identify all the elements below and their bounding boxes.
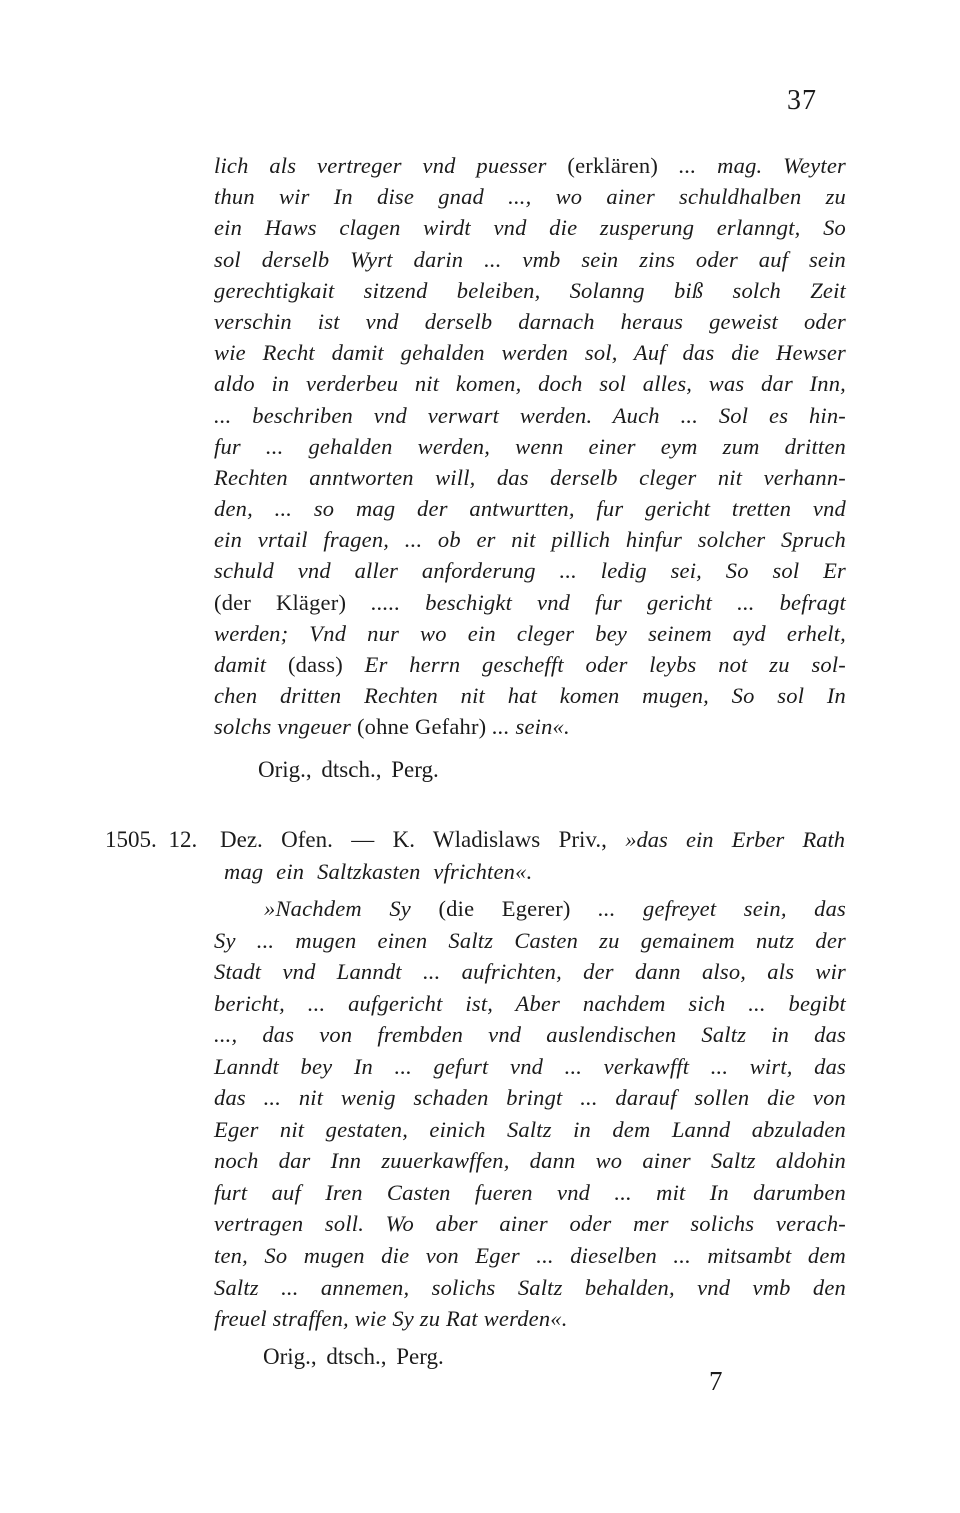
entry-heading-quote: »das ein Erber Rath [625, 827, 845, 852]
text-line: verschin ist vnd derselb darnach heraus … [214, 306, 846, 337]
text-line: ten, So mugen die von Eger ... dieselben… [214, 1240, 846, 1272]
signature-mark: 7 [709, 1366, 723, 1397]
text-line: den, ... so mag der antwurtten, fur geri… [214, 493, 846, 524]
text-line: Stadt vnd Lanndt ... aufrichten, der dan… [214, 956, 846, 988]
text-line: schuld vnd aller anforderung ... ledig s… [214, 555, 846, 586]
text-line: solchs vngeuer (ohne Gefahr) ... sein«. [214, 711, 846, 742]
text-line: ..., das von frembden vnd auslendischen … [214, 1019, 846, 1051]
text-line: gerechtigkait sitzend beleiben, Solanng … [214, 275, 846, 306]
text-line: ... beschriben vnd verwart werden. Auch … [214, 400, 846, 431]
entry-date: 1505. 12. [105, 827, 197, 853]
text-line: thun wir In dise gnad ..., wo ainer schu… [214, 181, 846, 212]
text-line: vertragen soll. Wo aber ainer oder mer s… [214, 1208, 846, 1240]
text-line: furt auf Iren Casten fueren vnd ... mit … [214, 1177, 846, 1209]
text-line: freuel straffen, wie Sy zu Rat werden«. [214, 1303, 846, 1335]
text-line: damit (dass) Er herrn geschefft oder ley… [214, 649, 846, 680]
text-line: Saltz ... annemen, solichs Saltz behalde… [214, 1272, 846, 1304]
text-line: sol derselb Wyrt darin ... vmb sein zins… [214, 244, 846, 275]
text-line: Rechten anntworten will, das derselb cle… [214, 462, 846, 493]
text-line: Lanndt bey In ... gefurt vnd ... verkawf… [214, 1051, 846, 1083]
text-line: (der Kläger) ..... beschigkt vnd fur ger… [214, 587, 846, 618]
text-line: Eger nit gestaten, einich Saltz in dem L… [214, 1114, 846, 1146]
text-line: wie Recht damit gehalden werden sol, Auf… [214, 337, 846, 368]
text-line: chen dritten Rechten nit hat komen mugen… [214, 680, 846, 711]
regest-continuation-text: lich als vertreger vnd puesser (erklären… [214, 150, 846, 743]
page-number: 37 [787, 85, 817, 117]
text-line: noch dar Inn zuuerkawffen, dann wo ainer… [214, 1145, 846, 1177]
text-line: das ... nit wenig schaden bringt ... dar… [214, 1082, 846, 1114]
entry-heading-place: Dez. Ofen. — K. Wladislaws Priv., [220, 827, 625, 852]
text-line: ein Haws clagen wirdt vnd die zusperung … [214, 212, 846, 243]
regest-1505-text: »Nachdem Sy (die Egerer) ... gefreyet se… [214, 893, 846, 1335]
text-line: fur ... gehalden werden, wenn einer eym … [214, 431, 846, 462]
text-line: aldo in verderbeu nit komen, doch sol al… [214, 368, 846, 399]
source-note: Orig., dtsch., Perg. [258, 757, 439, 783]
document-page: 37 lich als vertreger vnd puesser (erklä… [0, 0, 960, 1513]
text-line: lich als vertreger vnd puesser (erklären… [214, 150, 846, 181]
entry-heading-quote-line2: mag ein Saltzkasten vfrichten«. [224, 859, 532, 885]
text-line: werden; Vnd nur wo ein cleger bey seinem… [214, 618, 846, 649]
text-line: bericht, ... aufgericht ist, Aber nachde… [214, 988, 846, 1020]
text-line: Sy ... mugen einen Saltz Casten zu gemai… [214, 925, 846, 957]
entry-heading: Dez. Ofen. — K. Wladislaws Priv., »das e… [220, 827, 845, 853]
text-line: ein vrtail fragen, ... ob er nit pillich… [214, 524, 846, 555]
source-note: Orig., dtsch., Perg. [263, 1344, 444, 1370]
text-line: »Nachdem Sy (die Egerer) ... gefreyet se… [214, 893, 846, 925]
